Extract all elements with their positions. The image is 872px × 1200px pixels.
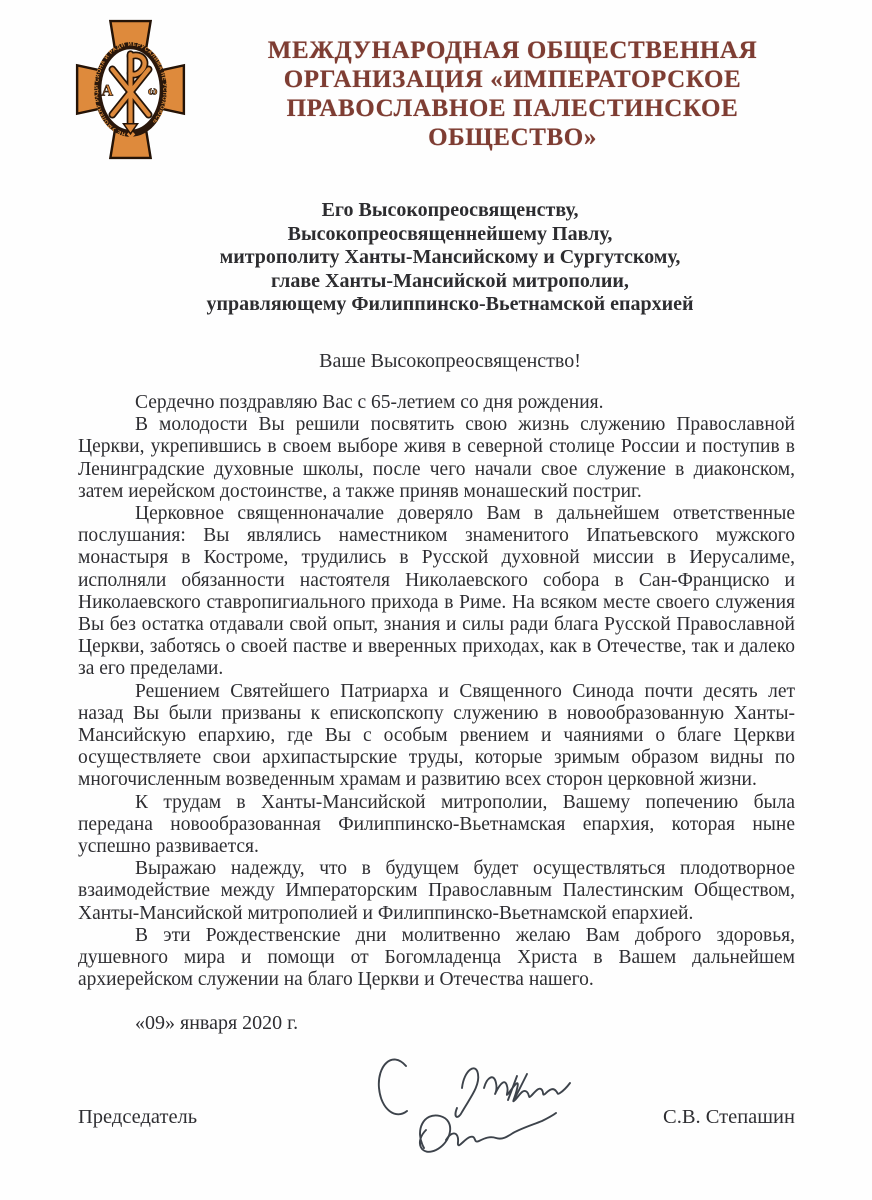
org-name-line: ПРАВОСЛАВНОЕ ПАЛЕСТИНСКОЕ ОБЩЕСТВО» — [225, 94, 800, 152]
letter-body: Сердечно поздравляю Вас с 65-летием со д… — [78, 392, 795, 991]
addressee-line: Его Высокопреосвященству, — [110, 199, 790, 223]
addressee-block: Его Высокопреосвященству, Высокопреосвящ… — [110, 199, 790, 317]
org-name: МЕЖДУНАРОДНАЯ ОБЩЕСТВЕННАЯ ОРГАНИЗАЦИЯ «… — [225, 36, 800, 152]
signer-name: С.В. Степашин — [663, 1106, 795, 1129]
letter-date: «09» января 2020 г. — [135, 1012, 298, 1035]
alpha-letter: Α — [102, 83, 114, 100]
paragraph: В молодости Вы решили посвятить свою жиз… — [78, 414, 795, 503]
org-name-line: ОРГАНИЗАЦИЯ «ИМПЕРАТОРСКОЕ — [225, 65, 800, 94]
omega-letter: ω — [148, 83, 158, 98]
addressee-line: главе Ханты-Мансийской митрополии, — [110, 270, 790, 294]
paragraph: Церковное священноначалие доверяло Вам в… — [78, 503, 795, 681]
salutation: Ваше Высокопреосвященство! — [100, 350, 800, 373]
paragraph: Выражаю надежду, что в будущем будет осу… — [78, 858, 795, 925]
addressee-line: митрополиту Ханты-Мансийскому и Сургутск… — [110, 246, 790, 270]
paragraph: К трудам в Ханты-Мансийской митрополии, … — [78, 792, 795, 859]
signer-position: Председатель — [78, 1106, 197, 1129]
addressee-line: Высокопреосвященнейшему Павлу, — [110, 223, 790, 247]
letter-page: НЕ УМОЛКНУ РАДИ СИОНА И РАДИ ИЕРУСАЛИМА … — [0, 0, 872, 1200]
paragraph: Сердечно поздравляю Вас с 65-летием со д… — [78, 392, 795, 414]
org-name-line: МЕЖДУНАРОДНАЯ ОБЩЕСТВЕННАЯ — [225, 36, 800, 65]
signature-row: Председатель С.В. Степашин — [78, 1106, 795, 1129]
ippo-emblem-logo: НЕ УМОЛКНУ РАДИ СИОНА И РАДИ ИЕРУСАЛИМА … — [74, 18, 187, 161]
paragraph: В эти Рождественские дни молитвенно жела… — [78, 925, 795, 992]
addressee-line: управляющему Филиппинско-Вьетнамской епа… — [110, 293, 790, 317]
paragraph: Решением Святейшего Патриарха и Священно… — [78, 681, 795, 792]
